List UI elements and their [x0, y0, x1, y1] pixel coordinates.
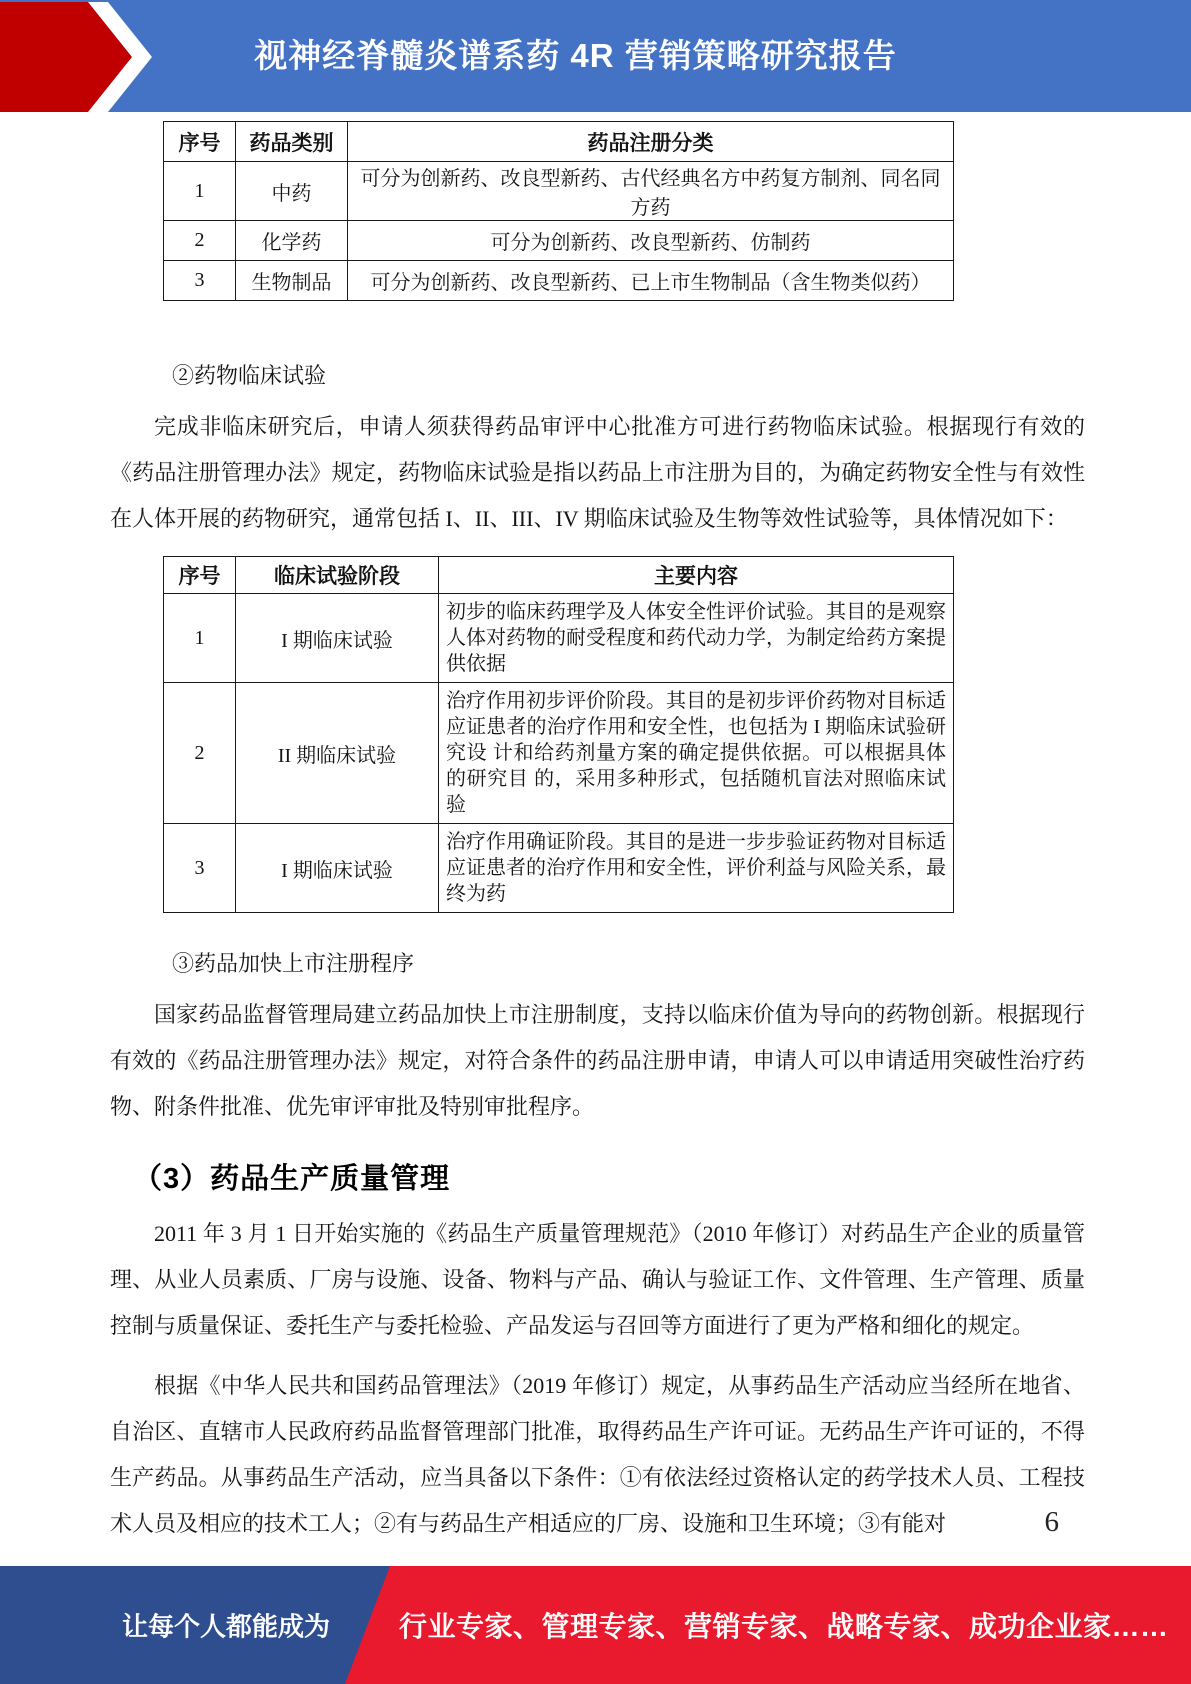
table-cell: 初步的临床药理学及人体安全性评价试验。其目的是观察人体对药物的耐受程度和药代动力…	[439, 594, 954, 683]
table-header-row: 序号 药品类别 药品注册分类	[164, 122, 954, 162]
column-header: 药品类别	[236, 122, 348, 162]
table-row: 1 中药 可分为创新药、改良型新药、古代经典名方中药复方制剂、同名同方药	[164, 162, 954, 221]
table-cell: 可分为创新药、改良型新药、已上市生物制品（含生物类似药）	[348, 261, 954, 301]
column-header: 序号	[164, 557, 236, 594]
paragraph-clinical-trials: 完成非临床研究后，申请人须获得药品审评中心批准方可进行药物临床试验。根据现行有效…	[110, 404, 1085, 542]
table-row: 3 生物制品 可分为创新药、改良型新药、已上市生物制品（含生物类似药）	[164, 261, 954, 301]
footer-slogan-left: 让每个人都能成为	[0, 1607, 330, 1644]
column-header: 序号	[164, 122, 236, 162]
footer-slogan-right: 行业专家、管理专家、营销专家、战略专家、成功企业家……	[399, 1605, 1169, 1645]
drug-registration-table: 序号 药品类别 药品注册分类 1 中药 可分为创新药、改良型新药、古代经典名方中…	[163, 121, 954, 301]
paragraph-gmp-2: 根据《中华人民共和国药品管理法》（2019 年修订）规定，从事药品生产活动应当经…	[110, 1363, 1085, 1547]
table-cell: 1	[164, 162, 236, 221]
table-row: 3 I 期临床试验 治疗作用确证阶段。其目的是进一步步验证药物对目标适应证患者的…	[164, 824, 954, 913]
table-cell: 治疗作用初步评价阶段。其目的是初步评价药物对目标适应证患者的治疗作用和安全性，也…	[439, 683, 954, 824]
table-cell: 生物制品	[236, 261, 348, 301]
table-cell: 1	[164, 594, 236, 683]
column-header: 临床试验阶段	[236, 557, 439, 594]
arrow-right-icon	[0, 0, 170, 112]
table-row: 2 化学药 可分为创新药、改良型新药、仿制药	[164, 221, 954, 261]
table-cell: 3	[164, 824, 236, 913]
page-header: 视神经脊髓炎谱系药 4R 营销策略研究报告	[0, 0, 1191, 112]
column-header: 主要内容	[439, 557, 954, 594]
table-header-row: 序号 临床试验阶段 主要内容	[164, 557, 954, 594]
page-footer: 让每个人都能成为 行业专家、管理专家、营销专家、战略专家、成功企业家……	[0, 1566, 1191, 1684]
section-heading-clinical-trials: ②药物临床试验	[110, 359, 1085, 390]
table-cell: 2	[164, 683, 236, 824]
table-cell: 2	[164, 221, 236, 261]
table-cell: II 期临床试验	[236, 683, 439, 824]
table-row: 2 II 期临床试验 治疗作用初步评价阶段。其目的是初步评价药物对目标适应证患者…	[164, 683, 954, 824]
paragraph-fast-track: 国家药品监督管理局建立药品加快上市注册制度，支持以临床价值为导向的药物创新。根据…	[110, 992, 1085, 1130]
paragraph-gmp-1: 2011 年 3 月 1 日开始实施的《药品生产质量管理规范》（2010 年修订…	[110, 1211, 1085, 1349]
report-title: 视神经脊髓炎谱系药 4R 营销策略研究报告	[0, 0, 1191, 112]
table-row: 1 I 期临床试验 初步的临床药理学及人体安全性评价试验。其目的是观察人体对药物…	[164, 594, 954, 683]
section-heading-gmp: （3）药品生产质量管理	[133, 1156, 1085, 1197]
table-cell: I 期临床试验	[236, 594, 439, 683]
table-cell: I 期临床试验	[236, 824, 439, 913]
table-cell: 治疗作用确证阶段。其目的是进一步步验证药物对目标适应证患者的治疗作用和安全性，评…	[439, 824, 954, 913]
column-header: 药品注册分类	[348, 122, 954, 162]
table-cell: 中药	[236, 162, 348, 221]
table-cell: 可分为创新药、改良型新药、古代经典名方中药复方制剂、同名同方药	[348, 162, 954, 221]
table-cell: 化学药	[236, 221, 348, 261]
clinical-trial-phases-table: 序号 临床试验阶段 主要内容 1 I 期临床试验 初步的临床药理学及人体安全性评…	[163, 556, 954, 913]
document-body: 序号 药品类别 药品注册分类 1 中药 可分为创新药、改良型新药、古代经典名方中…	[110, 121, 1085, 1547]
page-number: 6	[1045, 1506, 1060, 1539]
report-page: 视神经脊髓炎谱系药 4R 营销策略研究报告 序号 药品类别 药品注册分类 1 中…	[0, 0, 1191, 1684]
table-cell: 3	[164, 261, 236, 301]
section-heading-fast-track: ③药品加快上市注册程序	[110, 947, 1085, 978]
table-cell: 可分为创新药、改良型新药、仿制药	[348, 221, 954, 261]
